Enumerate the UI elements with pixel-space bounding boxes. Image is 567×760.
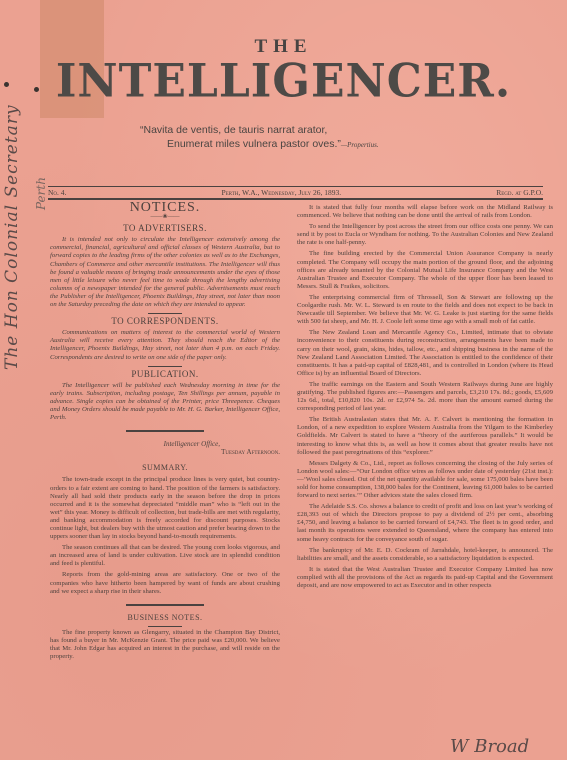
right-column: It is stated that fully four months will… (297, 204, 553, 593)
motto-line-1: “Navita de ventis, de tauris narrat arat… (140, 124, 327, 136)
summary-heading: SUMMARY. (50, 464, 280, 472)
publication-heading: PUBLICATION. (50, 370, 280, 378)
section-rule (148, 626, 182, 627)
news-paragraph: The enterprising commercial firm of Thro… (297, 294, 553, 326)
time-line: Tuesday Afternoon. (50, 448, 280, 456)
correspondents-text: Communications on matters of interest to… (50, 329, 280, 361)
motto-source: —Propertius. (341, 141, 379, 149)
left-column: NOTICES. ——❀—— TO ADVERTISERS. It is int… (50, 204, 280, 664)
news-paragraph: The British Australasian states that Mr.… (297, 416, 553, 456)
news-paragraph: The traffic earnings on the Eastern and … (297, 381, 553, 413)
section-thick-rule (126, 430, 204, 432)
summary-paragraph: The town-trade except in the principal p… (50, 476, 280, 541)
advertisers-text: It is intended not only to circulate the… (50, 236, 280, 309)
business-notes-text: The fine property known as Glengarry, si… (50, 629, 280, 661)
issue-number: No. 4. (48, 188, 66, 197)
news-paragraph: To send the Intelligencer by post across… (297, 223, 553, 247)
news-paragraph: The bankruptcy of Mr. E. D. Cockram of J… (297, 547, 553, 563)
place-and-date: Perth, W.A., Wednesday, July 26, 1893. (221, 188, 341, 197)
summary-paragraph: The season continues all that can be des… (50, 544, 280, 568)
office-line: Intelligencer Office, (50, 440, 280, 448)
news-paragraph: The Adelaide S.S. Co. shows a balance to… (297, 503, 553, 543)
masthead-motto: “Navita de ventis, de tauris narrat arat… (140, 123, 470, 152)
dateline: No. 4. Perth, W.A., Wednesday, July 26, … (48, 187, 543, 198)
notices-heading: NOTICES. (50, 204, 280, 212)
handwritten-signature: W Broad (450, 736, 529, 757)
summary-paragraph: Reports from the gold-mining areas are s… (50, 571, 280, 595)
motto-line-2-wrap: Enumerat miles vulnera pastor oves.”—Pro… (140, 137, 470, 152)
business-notes-heading: BUSINESS NOTES. (50, 614, 280, 622)
correspondents-heading: TO CORRESPONDENTS. (50, 317, 280, 325)
dateline-bottom-rule (48, 198, 543, 200)
ornament-divider: ——❀—— (50, 213, 280, 221)
publication-text: The Intelligencer will be published each… (50, 382, 280, 422)
news-paragraph: The fine building erected by the Commerc… (297, 250, 553, 290)
newspaper-page: The Hon Colonial Secretary Perth THE INT… (0, 0, 567, 760)
news-paragraph: It is stated that fully four months will… (297, 204, 553, 220)
news-paragraph: The New Zealand Loan and Mercantile Agen… (297, 329, 553, 378)
news-paragraph: Messrs Dalgety & Co., Ltd., report as fo… (297, 460, 553, 500)
masthead-title: INTELLIGENCER. (0, 59, 567, 105)
news-paragraph: It is stated that the West Australian Tr… (297, 566, 553, 590)
motto-line-2: Enumerat miles vulnera pastor oves.” (167, 138, 341, 150)
registration: Regd. at G.P.O. (496, 188, 543, 197)
section-thick-rule (126, 604, 204, 606)
section-rule (148, 313, 182, 314)
advertisers-heading: TO ADVERTISERS. (50, 224, 280, 232)
section-rule (148, 366, 182, 367)
